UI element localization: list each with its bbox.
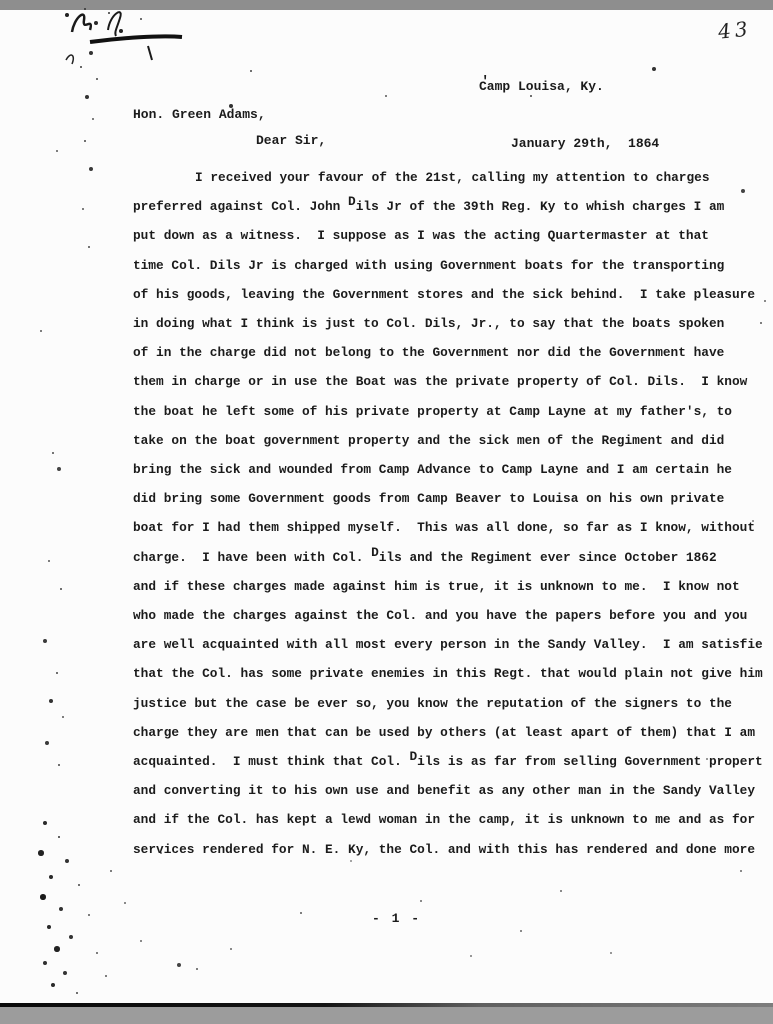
letter-line: and converting it to his own use and ben… bbox=[133, 776, 763, 805]
letter-line: put down as a witness. I suppose as I wa… bbox=[133, 221, 763, 250]
letter-line: services rendered for N. E. Ky, the Col.… bbox=[133, 835, 763, 864]
letter-line: preferred against Col. John Dils Jr of t… bbox=[133, 192, 763, 221]
letter-line: in doing what I think is just to Col. Di… bbox=[133, 309, 763, 338]
scan-noise-speckles-bottom bbox=[0, 0, 2, 2]
handwritten-scribble-mark bbox=[30, 2, 250, 122]
recipient-line: Hon. Green Adams, bbox=[133, 107, 266, 122]
letter-line: time Col. Dils Jr is charged with using … bbox=[133, 251, 763, 280]
letter-line: acquainted. I must think that Col. Dils … bbox=[133, 747, 763, 776]
letter-body: I received your favour of the 21st, call… bbox=[133, 163, 763, 864]
letter-line: and if the Col. has kept a lewd woman in… bbox=[133, 805, 763, 834]
handwritten-page-number: 43 bbox=[717, 16, 753, 43]
letter-line: charge they are men that can be used by … bbox=[133, 718, 763, 747]
letter-line: them in charge or in use the Boat was th… bbox=[133, 367, 763, 396]
scanned-letter-page: 43 Camp Louisa, Ky. January 29th, 1864 '… bbox=[0, 0, 773, 1024]
scanner-edge-bottom bbox=[0, 1007, 773, 1024]
letter-line: the boat he left some of his private pro… bbox=[133, 397, 763, 426]
dateline-place: Camp Louisa, Ky. bbox=[479, 77, 659, 96]
raised-character: D bbox=[348, 194, 356, 209]
raised-character: D bbox=[409, 749, 417, 764]
letter-line: that the Col. has some private enemies i… bbox=[133, 659, 763, 688]
letter-line: and if these charges made against him is… bbox=[133, 572, 763, 601]
letter-line: charge. I have been with Col. Dils and t… bbox=[133, 543, 763, 572]
letter-line: bring the sick and wounded from Camp Adv… bbox=[133, 455, 763, 484]
raised-character: D bbox=[371, 545, 379, 560]
stray-typed-mark: ' bbox=[481, 74, 489, 90]
letter-line: take on the boat government property and… bbox=[133, 426, 763, 455]
dateline-date: January 29th, 1864 bbox=[479, 134, 659, 153]
letter-line: who made the charges against the Col. an… bbox=[133, 601, 763, 630]
letter-line: did bring some Government goods from Cam… bbox=[133, 484, 763, 513]
letter-line: boat for I had them shipped myself. This… bbox=[133, 513, 763, 542]
letter-line: justice but the case be ever so, you kno… bbox=[133, 689, 763, 718]
letter-line: I received your favour of the 21st, call… bbox=[133, 163, 763, 192]
letter-line: of his goods, leaving the Government sto… bbox=[133, 280, 763, 309]
letter-line: of in the charge did not belong to the G… bbox=[133, 338, 763, 367]
letter-line: are well acquainted with all most every … bbox=[133, 630, 763, 659]
salutation-line: Dear Sir, bbox=[256, 133, 326, 148]
page-number-footer: - 1 - bbox=[372, 911, 421, 926]
